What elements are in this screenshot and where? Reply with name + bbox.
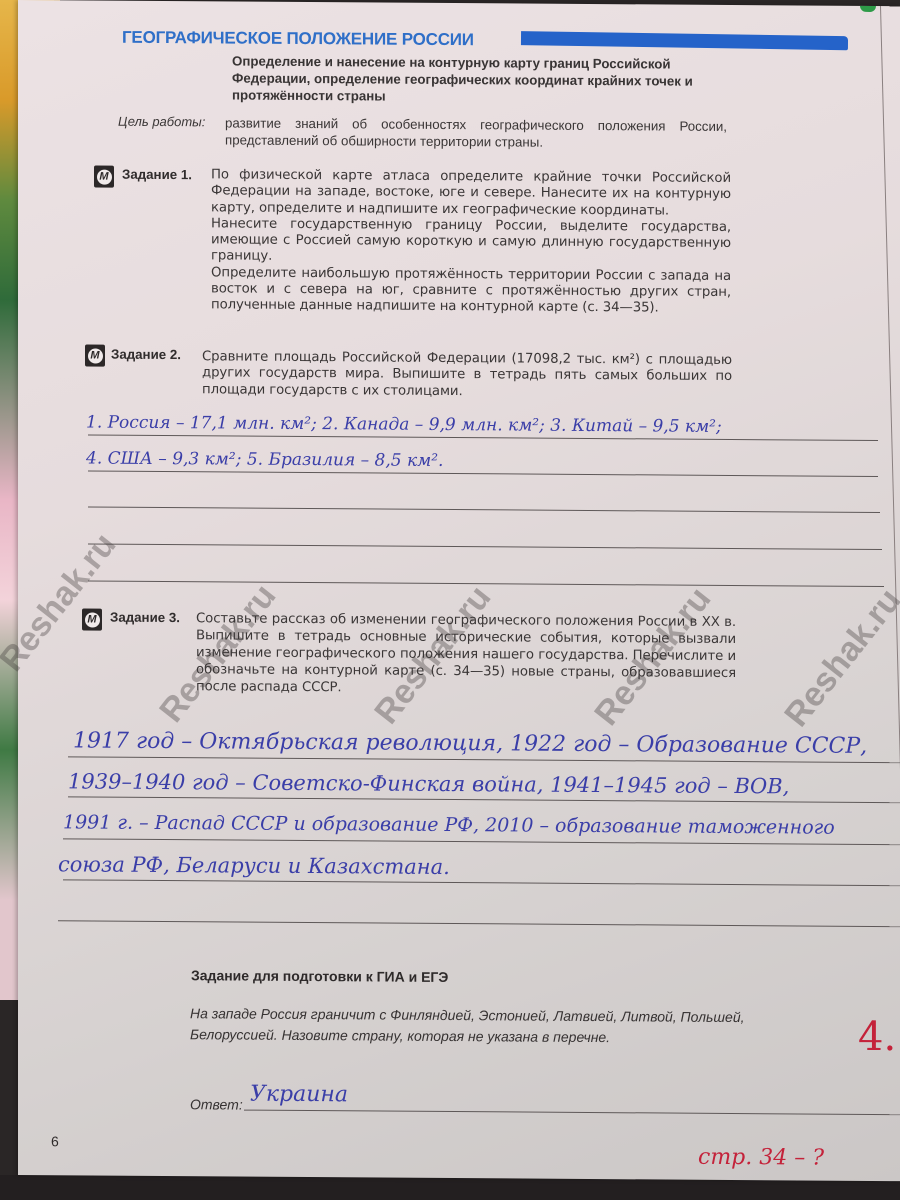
watermark: Reshak.ru bbox=[777, 581, 900, 734]
task-3-label: Задание 3. bbox=[110, 610, 180, 625]
handwritten-answer-line: союза РФ, Беларуси и Казахстана. bbox=[58, 852, 450, 879]
answer-line bbox=[88, 506, 880, 513]
answer-line bbox=[88, 580, 884, 587]
handwritten-answer-line: 1917 год – Октябрьская революция, 1922 г… bbox=[73, 728, 867, 759]
task-2-text: Сравните площадь Российской Федерации (1… bbox=[202, 349, 732, 402]
task-1-paragraph: Нанесите государственную границу России,… bbox=[211, 216, 731, 269]
m-badge-icon: М bbox=[94, 166, 114, 188]
task-1-paragraph: Определите наибольшую протяжённость терр… bbox=[211, 265, 731, 318]
answer-line bbox=[88, 434, 878, 441]
m-badge-icon: М bbox=[85, 344, 105, 366]
task-1-label: Задание 1. bbox=[122, 167, 192, 182]
watermark: Reshak.ru bbox=[0, 526, 124, 679]
handwritten-answer-line: 4. США – 9,3 км²; 5. Бразилия – 8,5 км². bbox=[86, 448, 443, 470]
m-letter: М bbox=[88, 348, 103, 363]
task-2-paragraph: Сравните площадь Российской Федерации (1… bbox=[202, 349, 732, 402]
answer-line bbox=[63, 879, 900, 886]
task-3-paragraph: Составьте рассказ об изменении географич… bbox=[196, 610, 736, 699]
red-note: стр. 34 – ? bbox=[698, 1145, 824, 1171]
handwritten-answer: Украина bbox=[250, 1082, 348, 1108]
exam-task-title: Задание для подготовки к ГИА и ЕГЭ bbox=[191, 967, 448, 985]
m-letter: М bbox=[85, 612, 100, 627]
task-2-label: Задание 2. bbox=[111, 347, 181, 362]
answer-line bbox=[88, 543, 882, 550]
work-subtitle: Определение и нанесение на контурную кар… bbox=[232, 52, 742, 107]
page-number: 6 bbox=[51, 1133, 59, 1149]
workbook-page: ГЕОГРАФИЧЕСКОЕ ПОЛОЖЕНИЕ РОССИИ Определе… bbox=[18, 0, 900, 1181]
exam-task-text: На западе Россия граничит с Финляндией, … bbox=[190, 1003, 780, 1049]
m-letter: М bbox=[97, 169, 112, 184]
handwritten-answer-line: 1991 г. – Распад СССР и образование РФ, … bbox=[63, 811, 835, 838]
answer-line bbox=[63, 838, 900, 845]
goal-text: развитие знаний об особенностях географи… bbox=[225, 114, 727, 152]
answer-label: Ответ: bbox=[190, 1096, 243, 1112]
answer-line bbox=[58, 920, 900, 927]
goal-label: Цель работы: bbox=[118, 114, 205, 130]
task-3-text: Составьте рассказ об изменении географич… bbox=[196, 610, 736, 699]
handwritten-answer-line: 1. Россия – 17,1 млн. км²; 2. Канада – 9… bbox=[86, 412, 722, 436]
answer-line bbox=[88, 470, 878, 477]
header-accent-bar bbox=[521, 31, 848, 50]
pin-icon bbox=[860, 6, 876, 12]
task-1-text: По физической карте атласа определите кр… bbox=[211, 167, 731, 317]
page-title: ГЕОГРАФИЧЕСКОЕ ПОЛОЖЕНИЕ РОССИИ bbox=[122, 28, 474, 50]
grade-mark: 4. bbox=[858, 1014, 896, 1060]
handwritten-answer-line: 1939–1940 год – Советско-Финская война, … bbox=[68, 769, 789, 798]
task-1-paragraph: По физической карте атласа определите кр… bbox=[211, 167, 731, 220]
m-badge-icon: М bbox=[82, 608, 102, 630]
answer-line bbox=[244, 1110, 900, 1116]
